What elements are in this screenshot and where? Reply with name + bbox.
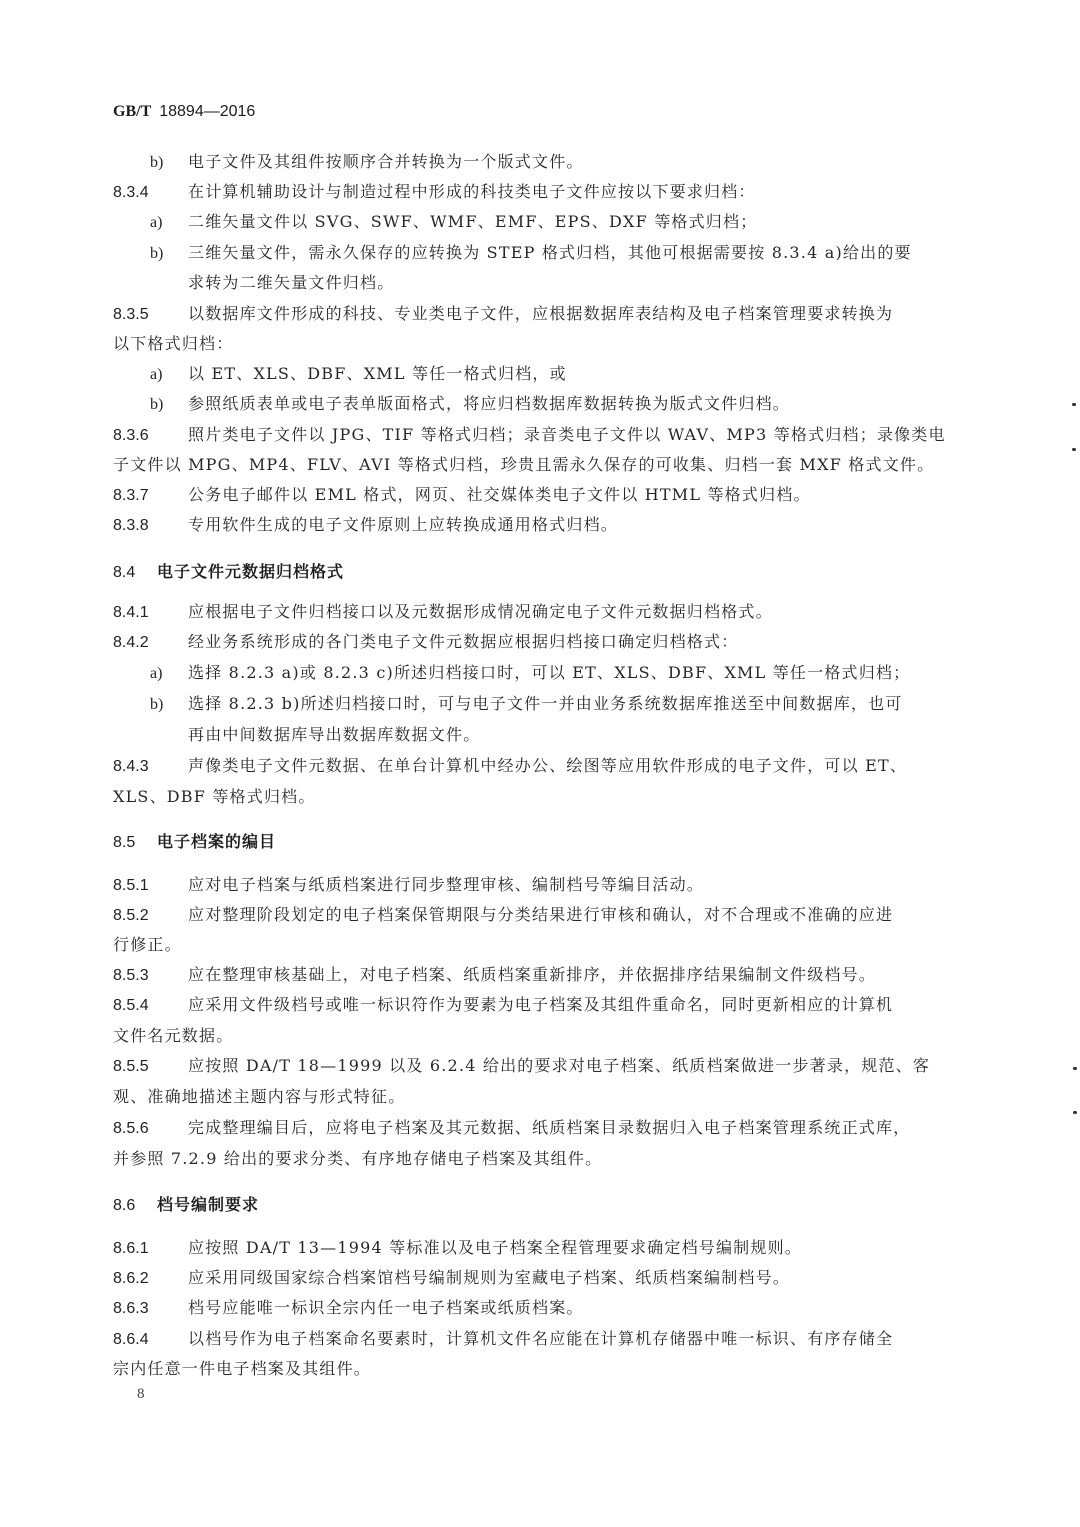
- clause-continuation: 以下格式归档：: [113, 329, 948, 359]
- clause-line: 8.6.2应采用同级国家综合档案馆档号编制规则为室藏电子档案、纸质档案编制档号。: [113, 1263, 948, 1293]
- page-number: 8: [137, 1386, 145, 1403]
- section-title: 电子档案的编目: [157, 832, 276, 851]
- clause-number: 8.6.1: [113, 1234, 188, 1264]
- clause-continuation: 并参照 7.2.9 给出的要求分类、有序地存储电子档案及其组件。: [113, 1144, 948, 1174]
- section-number: 8.4: [113, 558, 157, 588]
- list-item: b)选择 8.2.3 b)所述归档接口时，可与电子文件一并由业务系统数据库推送至…: [150, 689, 985, 719]
- clause-number: 8.3.6: [113, 421, 188, 451]
- clause-line: 8.3.7公务电子邮件以 EML 格式，网页、社交媒体类电子文件以 HTML 等…: [113, 480, 948, 510]
- clause-line: 8.4.2经业务系统形成的各门类电子文件元数据应根据归档接口确定归档格式：: [113, 627, 948, 657]
- clause-number: 8.6.4: [113, 1325, 188, 1355]
- clause-text: 完成整理编目后，应将电子档案及其元数据、纸质档案目录数据归入电子档案管理系统正式…: [188, 1118, 910, 1137]
- clause-text: 以数据库文件形成的科技、专业类电子文件，应根据数据库表结构及电子档案管理要求转换…: [188, 304, 893, 323]
- list-item: b)参照纸质表单或电子表单版面格式，将应归档数据库数据转换为版式文件归档。: [150, 389, 985, 419]
- section-title: 档号编制要求: [157, 1195, 259, 1214]
- clause-text: 声像类电子文件元数据、在单台计算机中经办公、绘图等应用软件形成的电子文件，可以 …: [188, 756, 907, 775]
- clause-line: 8.4.3声像类电子文件元数据、在单台计算机中经办公、绘图等应用软件形成的电子文…: [113, 751, 948, 781]
- clause-line: 8.5.5应按照 DA/T 18—1999 以及 6.2.4 给出的要求对电子档…: [113, 1051, 948, 1081]
- list-item: b)电子文件及其组件按顺序合并转换为一个版式文件。: [150, 147, 985, 177]
- clause-line: 8.6.3档号应能唯一标识全宗内任一电子档案或纸质档案。: [113, 1293, 948, 1323]
- clause-text: 应在整理审核基础上，对电子档案、纸质档案重新排序，并依据排序结果编制文件级档号。: [188, 965, 876, 984]
- clause-number: 8.4.1: [113, 598, 188, 628]
- clause-line: 8.4.1应根据电子文件归档接口以及元数据形成情况确定电子文件元数据归档格式。: [113, 597, 948, 627]
- clause-number: 8.5.5: [113, 1052, 188, 1082]
- section-number: 8.6: [113, 1191, 157, 1221]
- clause-number: 8.5.3: [113, 961, 188, 991]
- clause-continuation: 文件名元数据。: [113, 1021, 948, 1051]
- section-heading: 8.6档号编制要求: [113, 1190, 259, 1220]
- clause-line: 8.3.8专用软件生成的电子文件原则上应转换成通用格式归档。: [113, 510, 948, 540]
- list-item-text: 选择 8.2.3 b)所述归档接口时，可与电子文件一并由业务系统数据库推送至中间…: [188, 694, 903, 713]
- clause-text: 应对整理阶段划定的电子档案保管期限与分类结果进行审核和确认，对不合理或不准确的应…: [188, 905, 893, 924]
- list-item: a)二维矢量文件以 SVG、SWF、WMF、EMF、EPS、DXF 等格式归档；: [150, 207, 985, 237]
- standard-number: 18894—2016: [159, 103, 255, 120]
- clause-text: 在计算机辅助设计与制造过程中形成的科技类电子文件应按以下要求归档：: [188, 182, 756, 201]
- section-heading: 8.5电子档案的编目: [113, 827, 276, 857]
- list-item-text: 电子文件及其组件按顺序合并转换为一个版式文件。: [188, 152, 584, 171]
- clause-text: 以档号作为电子档案命名要素时，计算机文件名应能在计算机存储器中唯一标识、有序存储…: [188, 1329, 893, 1348]
- clause-line: 8.5.6完成整理编目后，应将电子档案及其元数据、纸质档案目录数据归入电子档案管…: [113, 1113, 948, 1143]
- clause-continuation: 行修正。: [113, 930, 948, 960]
- clause-text: 经业务系统形成的各门类电子文件元数据应根据归档接口确定归档格式：: [188, 632, 738, 651]
- list-marker: b): [150, 148, 188, 178]
- clause-number: 8.3.8: [113, 511, 188, 541]
- clause-text: 应对电子档案与纸质档案进行同步整理审核、编制档号等编目活动。: [188, 875, 704, 894]
- clause-line: 8.5.1应对电子档案与纸质档案进行同步整理审核、编制档号等编目活动。: [113, 870, 948, 900]
- clause-number: 8.3.4: [113, 178, 188, 208]
- list-item-text: 二维矢量文件以 SVG、SWF、WMF、EMF、EPS、DXF 等格式归档；: [188, 212, 757, 231]
- clause-number: 8.5.1: [113, 871, 188, 901]
- clause-number: 8.5.2: [113, 901, 188, 931]
- clause-text: 档号应能唯一标识全宗内任一电子档案或纸质档案。: [188, 1298, 584, 1317]
- list-marker: b): [150, 390, 188, 420]
- scan-speck: [1072, 403, 1076, 406]
- clause-number: 8.6.3: [113, 1294, 188, 1324]
- clause-continuation: XLS、DBF 等格式归档。: [113, 782, 948, 812]
- clause-text: 应采用同级国家综合档案馆档号编制规则为室藏电子档案、纸质档案编制档号。: [188, 1268, 790, 1287]
- clause-number: 8.6.2: [113, 1264, 188, 1294]
- list-item: a)选择 8.2.3 a)或 8.2.3 c)所述归档接口时，可以 ET、XLS…: [150, 658, 985, 688]
- list-item: a)以 ET、XLS、DBF、XML 等任一格式归档，或: [150, 359, 985, 389]
- clause-number: 8.4.3: [113, 752, 188, 782]
- list-item-text: 参照纸质表单或电子表单版面格式，将应归档数据库数据转换为版式文件归档。: [188, 394, 790, 413]
- standard-header: GB/T18894—2016: [113, 97, 255, 125]
- list-marker: a): [150, 208, 188, 238]
- clause-number: 8.5.6: [113, 1114, 188, 1144]
- clause-line: 8.5.3应在整理审核基础上，对电子档案、纸质档案重新排序，并依据排序结果编制文…: [113, 960, 948, 990]
- clause-line: 8.5.4应采用文件级档号或唯一标识符作为要素为电子档案及其组件重命名，同时更新…: [113, 990, 948, 1020]
- clause-number: 8.4.2: [113, 628, 188, 658]
- clause-text: 公务电子邮件以 EML 格式，网页、社交媒体类电子文件以 HTML 等格式归档。: [188, 485, 811, 504]
- clause-line: 8.5.2应对整理阶段划定的电子档案保管期限与分类结果进行审核和确认，对不合理或…: [113, 900, 948, 930]
- list-item-continuation: 求转为二维矢量文件归档。: [188, 268, 1023, 298]
- clause-line: 8.3.5以数据库文件形成的科技、专业类电子文件，应根据数据库表结构及电子档案管…: [113, 299, 948, 329]
- document-page: GB/T18894—2016 b)电子文件及其组件按顺序合并转换为一个版式文件。…: [0, 0, 1080, 1527]
- clause-line: 8.6.1应按照 DA/T 13—1994 等标准以及电子档案全程管理要求确定档…: [113, 1233, 948, 1263]
- clause-text: 应采用文件级档号或唯一标识符作为要素为电子档案及其组件重命名，同时更新相应的计算…: [188, 995, 893, 1014]
- list-marker: b): [150, 239, 188, 269]
- list-marker: a): [150, 659, 188, 689]
- clause-line: 8.3.6照片类电子文件以 JPG、TIF 等格式归档；录音类电子文件以 WAV…: [113, 420, 948, 450]
- list-item-continuation: 再由中间数据库导出数据库数据文件。: [188, 720, 1023, 750]
- clause-text: 照片类电子文件以 JPG、TIF 等格式归档；录音类电子文件以 WAV、MP3 …: [188, 425, 946, 444]
- clause-continuation: 观、准确地描述主题内容与形式特征。: [113, 1082, 948, 1112]
- clause-text: 专用软件生成的电子文件原则上应转换成通用格式归档。: [188, 515, 618, 534]
- clause-number: 8.3.5: [113, 300, 188, 330]
- list-marker: b): [150, 690, 188, 720]
- scan-speck: [1073, 1111, 1077, 1114]
- clause-text: 应根据电子文件归档接口以及元数据形成情况确定电子文件元数据归档格式。: [188, 602, 773, 621]
- clause-number: 8.3.7: [113, 481, 188, 511]
- list-marker: a): [150, 360, 188, 390]
- clause-text: 应按照 DA/T 13—1994 等标准以及电子档案全程管理要求确定档号编制规则…: [188, 1238, 802, 1257]
- scan-speck: [1073, 1067, 1077, 1070]
- clause-number: 8.5.4: [113, 991, 188, 1021]
- section-heading: 8.4电子文件元数据归档格式: [113, 557, 344, 587]
- scan-speck: [1072, 448, 1076, 451]
- clause-continuation: 子文件以 MPG、MP4、FLV、AVI 等格式归档，珍贵且需永久保存的可收集、…: [113, 450, 948, 480]
- section-title: 电子文件元数据归档格式: [157, 562, 344, 581]
- list-item: b)三维矢量文件，需永久保存的应转换为 STEP 格式归档，其他可根据需要按 8…: [150, 238, 985, 268]
- list-item-text: 选择 8.2.3 a)或 8.2.3 c)所述归档接口时，可以 ET、XLS、D…: [188, 663, 910, 682]
- clause-line: 8.6.4以档号作为电子档案命名要素时，计算机文件名应能在计算机存储器中唯一标识…: [113, 1324, 948, 1354]
- standard-code: GB/T: [113, 103, 151, 120]
- section-number: 8.5: [113, 828, 157, 858]
- clause-text: 应按照 DA/T 18—1999 以及 6.2.4 给出的要求对电子档案、纸质档…: [188, 1056, 930, 1075]
- list-item-text: 以 ET、XLS、DBF、XML 等任一格式归档，或: [188, 364, 567, 383]
- list-item-text: 三维矢量文件，需永久保存的应转换为 STEP 格式归档，其他可根据需要按 8.3…: [188, 243, 912, 262]
- clause-line: 8.3.4在计算机辅助设计与制造过程中形成的科技类电子文件应按以下要求归档：: [113, 177, 948, 207]
- clause-continuation: 宗内任意一件电子档案及其组件。: [113, 1354, 948, 1384]
